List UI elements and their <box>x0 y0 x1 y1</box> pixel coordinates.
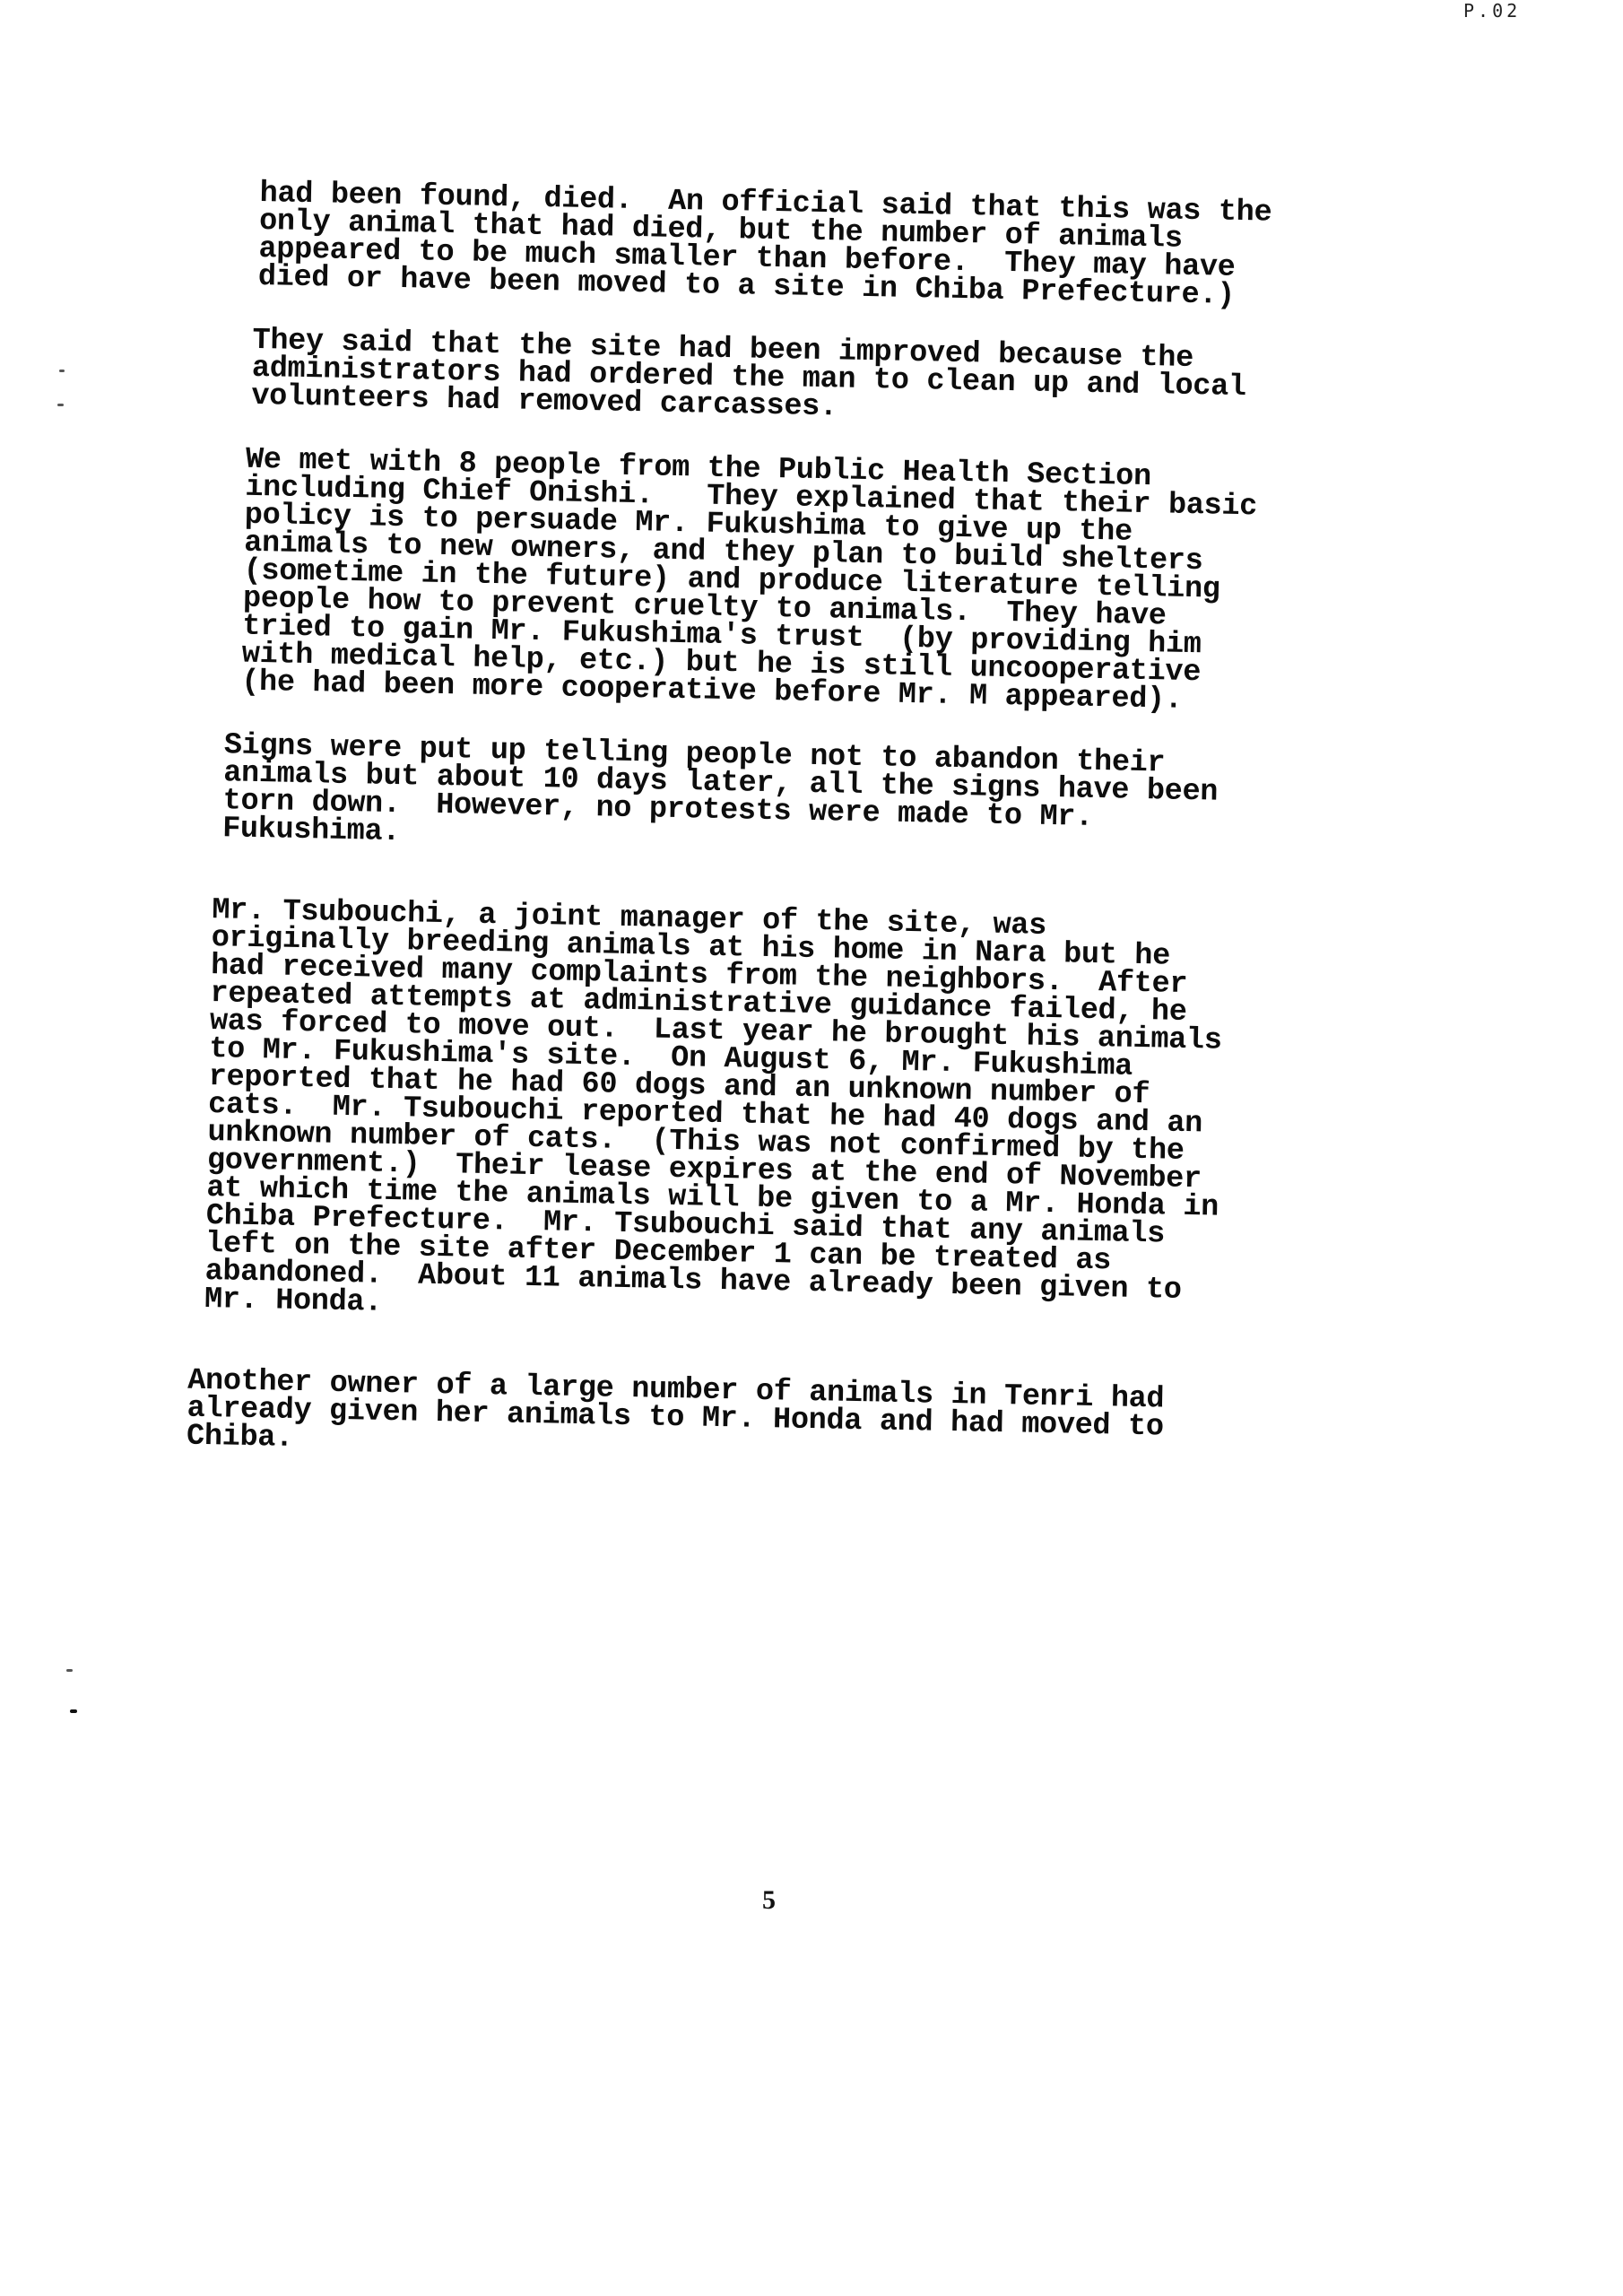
paragraph-site-improved: They said that the site had been improve… <box>251 327 1396 432</box>
paragraph-tenri-owner: Another owner of a large number of anima… <box>187 1368 1376 1474</box>
scan-speck <box>57 404 64 406</box>
scan-speck <box>66 1669 73 1672</box>
scan-speck <box>70 1709 77 1713</box>
page-number: 5 <box>762 1885 776 1916</box>
scan-speck <box>59 370 65 372</box>
fax-page-label: P.02 <box>1463 0 1521 22</box>
document-body: had been found, died. An official said t… <box>190 179 1399 1509</box>
paragraph-public-health-meeting: We met with 8 people from the Public Hea… <box>241 447 1393 719</box>
paragraph-carcass-followup: had been found, died. An official said t… <box>258 180 1399 313</box>
paragraph-signs: Signs were put up telling people not to … <box>222 732 1388 865</box>
paragraph-tsubouchi: Mr. Tsubouchi, a joint manager of the si… <box>204 897 1385 1336</box>
